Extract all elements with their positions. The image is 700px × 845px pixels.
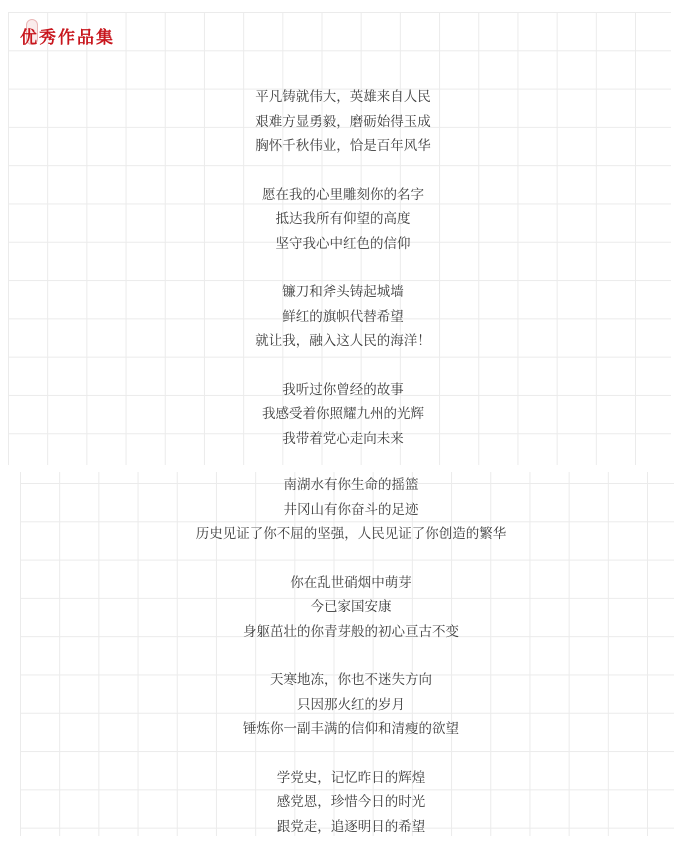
poem-line: 历史见证了你不屈的坚强，人民见证了你创造的繁华: [8, 522, 694, 547]
poem-line: 锤炼你一副丰满的信仰和清瘦的欲望: [8, 717, 694, 742]
section-title-text: 优秀作品集: [20, 23, 115, 48]
stanza: 你在乱世硝烟中萌芽 今已家国安康 身躯茁壮的你青芽般的初心亘古不变: [8, 571, 694, 645]
stanza-gap: [8, 547, 694, 571]
stanza: 南湖水有你生命的摇篮 井冈山有你奋斗的足迹 历史见证了你不屈的坚强，人民见证了你…: [8, 473, 694, 547]
poem-line: 我带着党心走向未来: [0, 427, 686, 452]
stanza-gap: [0, 256, 686, 280]
stanza-gap: [8, 644, 694, 668]
stanza: 我听过你曾经的故事 我感受着你照耀九州的光辉 我带着党心走向未来: [0, 378, 686, 452]
poem-line: 平凡铸就伟大，英雄来自人民: [0, 85, 686, 110]
poem-line: 身躯茁壮的你青芽般的初心亘古不变: [8, 620, 694, 645]
stanza-gap: [0, 159, 686, 183]
poem-line: 你在乱世硝烟中萌芽: [8, 571, 694, 596]
poem-line: 学党史，记忆昨日的辉煌: [8, 766, 694, 791]
poem-line: 胸怀千秋伟业，恰是百年风华: [0, 134, 686, 159]
poem-line: 我感受着你照耀九州的光辉: [0, 402, 686, 427]
stanza: 学党史，记忆昨日的辉煌 感党恩，珍惜今日的时光 跟党走，追逐明日的希望: [8, 766, 694, 840]
section-title: 优秀作品集: [20, 23, 115, 47]
poem-line: 跟党走，追逐明日的希望: [8, 815, 694, 840]
poem-line: 坚守我心中红色的信仰: [0, 232, 686, 257]
poem-line: 南湖水有你生命的摇篮: [8, 473, 694, 498]
poem-line: 感党恩，珍惜今日的时光: [8, 790, 694, 815]
poem-top-section: 平凡铸就伟大，英雄来自人民 艰难方显勇毅，磨砺始得玉成 胸怀千秋伟业，恰是百年风…: [0, 85, 686, 451]
poem-line: 愿在我的心里雕刻你的名字: [0, 183, 686, 208]
poem-line: 我听过你曾经的故事: [0, 378, 686, 403]
poem-line: 天寒地冻，你也不迷失方向: [8, 668, 694, 693]
poem-line: 就让我，融入这人民的海洋！: [0, 329, 686, 354]
poem-line: 只因那火红的岁月: [8, 693, 694, 718]
poem-line: 艰难方显勇毅，磨砺始得玉成: [0, 110, 686, 135]
stanza: 镰刀和斧头铸起城墙 鲜红的旗帜代替希望 就让我，融入这人民的海洋！: [0, 280, 686, 354]
poem-line: 镰刀和斧头铸起城墙: [0, 280, 686, 305]
poem-bottom-section: 南湖水有你生命的摇篮 井冈山有你奋斗的足迹 历史见证了你不屈的坚强，人民见证了你…: [8, 473, 694, 839]
stanza: 平凡铸就伟大，英雄来自人民 艰难方显勇毅，磨砺始得玉成 胸怀千秋伟业，恰是百年风…: [0, 85, 686, 159]
stanza-gap: [8, 742, 694, 766]
poem-line: 今已家国安康: [8, 595, 694, 620]
stanza: 天寒地冻，你也不迷失方向 只因那火红的岁月 锤炼你一副丰满的信仰和清瘦的欲望: [8, 668, 694, 742]
stanza-gap: [0, 354, 686, 378]
poem-line: 井冈山有你奋斗的足迹: [8, 498, 694, 523]
stanza: 愿在我的心里雕刻你的名字 抵达我所有仰望的高度 坚守我心中红色的信仰: [0, 183, 686, 257]
poem-line: 抵达我所有仰望的高度: [0, 207, 686, 232]
poem-line: 鲜红的旗帜代替希望: [0, 305, 686, 330]
